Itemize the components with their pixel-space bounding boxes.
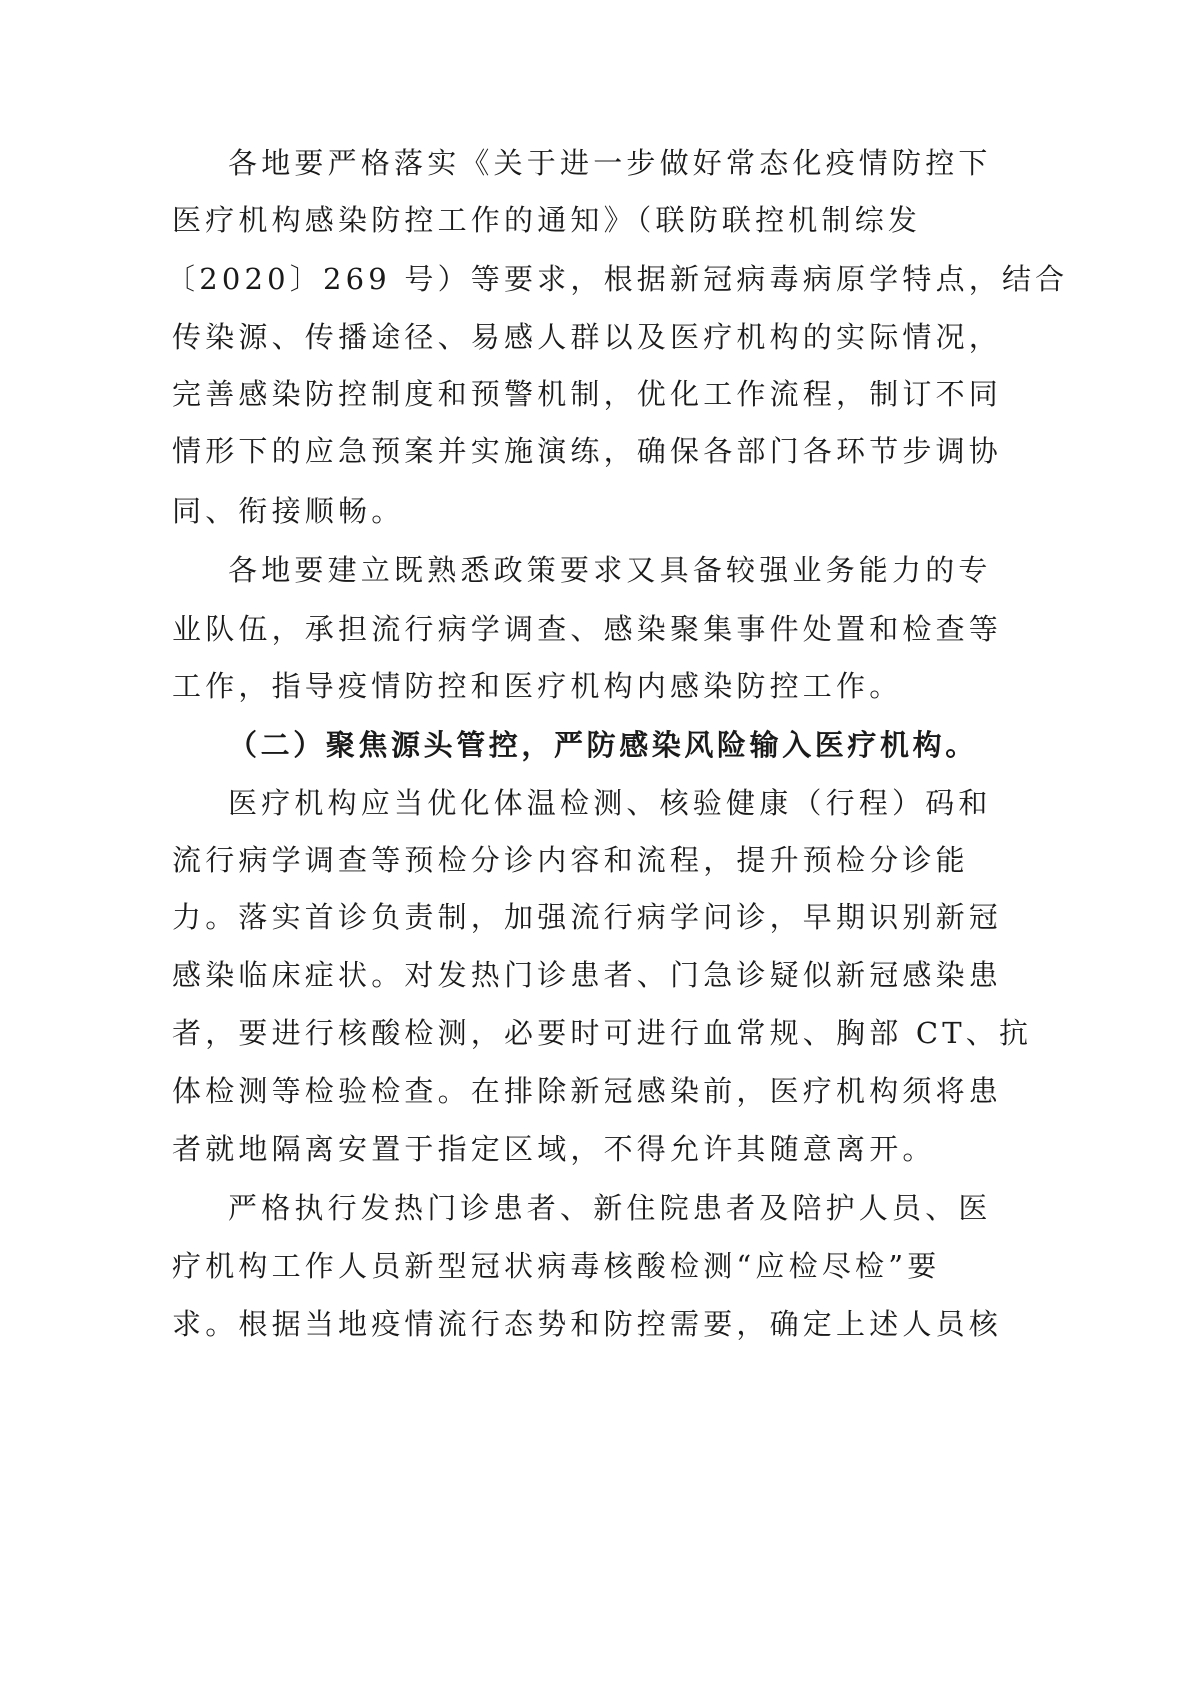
paragraph-4-line-1: 严格执行发热门诊患者、新住院患者及陪护人员、医: [228, 1188, 992, 1228]
paragraph-3-line-7: 者就地隔离安置于指定区域，不得允许其随意离开。: [172, 1129, 936, 1169]
paragraph-3-line-4: 感染临床症状。对发热门诊患者、门急诊疑似新冠感染患: [172, 955, 1002, 995]
paragraph-4-line-3: 求。根据当地疫情流行态势和防控需要，确定上述人员核: [172, 1304, 1002, 1344]
paragraph-2-line-3: 工作，指导疫情防控和医疗机构内感染防控工作。: [172, 666, 902, 706]
paragraph-2-line-1: 各地要建立既熟悉政策要求又具备较强业务能力的专: [228, 550, 992, 590]
paragraph-3-line-6: 体检测等检验检查。在排除新冠感染前，医疗机构须将患: [172, 1071, 1002, 1111]
paragraph-3-line-1: 医疗机构应当优化体温检测、核验健康（行程）码和: [228, 783, 992, 823]
paragraph-4-line-2: 疗机构工作人员新型冠状病毒核酸检测“应检尽检”要: [172, 1246, 940, 1286]
paragraph-1-line-2: 医疗机构感染防控工作的通知》（联防联控机制综发: [172, 200, 921, 240]
paragraph-1-line-7: 同、衔接顺畅。: [172, 491, 404, 531]
paragraph-3-line-3: 力。落实首诊负责制，加强流行病学问诊，早期识别新冠: [172, 897, 1002, 937]
paragraph-2-line-2: 业队伍，承担流行病学调查、感染聚集事件处置和检查等: [172, 609, 1002, 649]
paragraph-3-line-2: 流行病学调查等预检分诊内容和流程，提升预检分诊能: [172, 840, 969, 880]
paragraph-1-line-1: 各地要严格落实《关于进一步做好常态化疫情防控下: [228, 143, 992, 183]
paragraph-1-line-6: 情形下的应急预案并实施演练，确保各部门各环节步调协: [172, 431, 1002, 471]
document-page: 各地要严格落实《关于进一步做好常态化疫情防控下 医疗机构感染防控工作的通知》（联…: [0, 0, 1200, 1697]
paragraph-3-line-5: 者，要进行核酸检测，必要时可进行血常规、胸部 CT、抗: [172, 1013, 1032, 1053]
paragraph-1-line-5: 完善感染防控制度和预警机制，优化工作流程，制订不同: [172, 374, 1002, 414]
paragraph-1-line-4: 传染源、传播途径、易感人群以及医疗机构的实际情况，: [172, 317, 1002, 357]
paragraph-1-line-3: 〔2020〕269 号）等要求，根据新冠病毒病原学特点，结合: [166, 259, 1068, 299]
section-heading: （二）聚焦源头管控，严防感染风险输入医疗机构。: [228, 725, 978, 765]
